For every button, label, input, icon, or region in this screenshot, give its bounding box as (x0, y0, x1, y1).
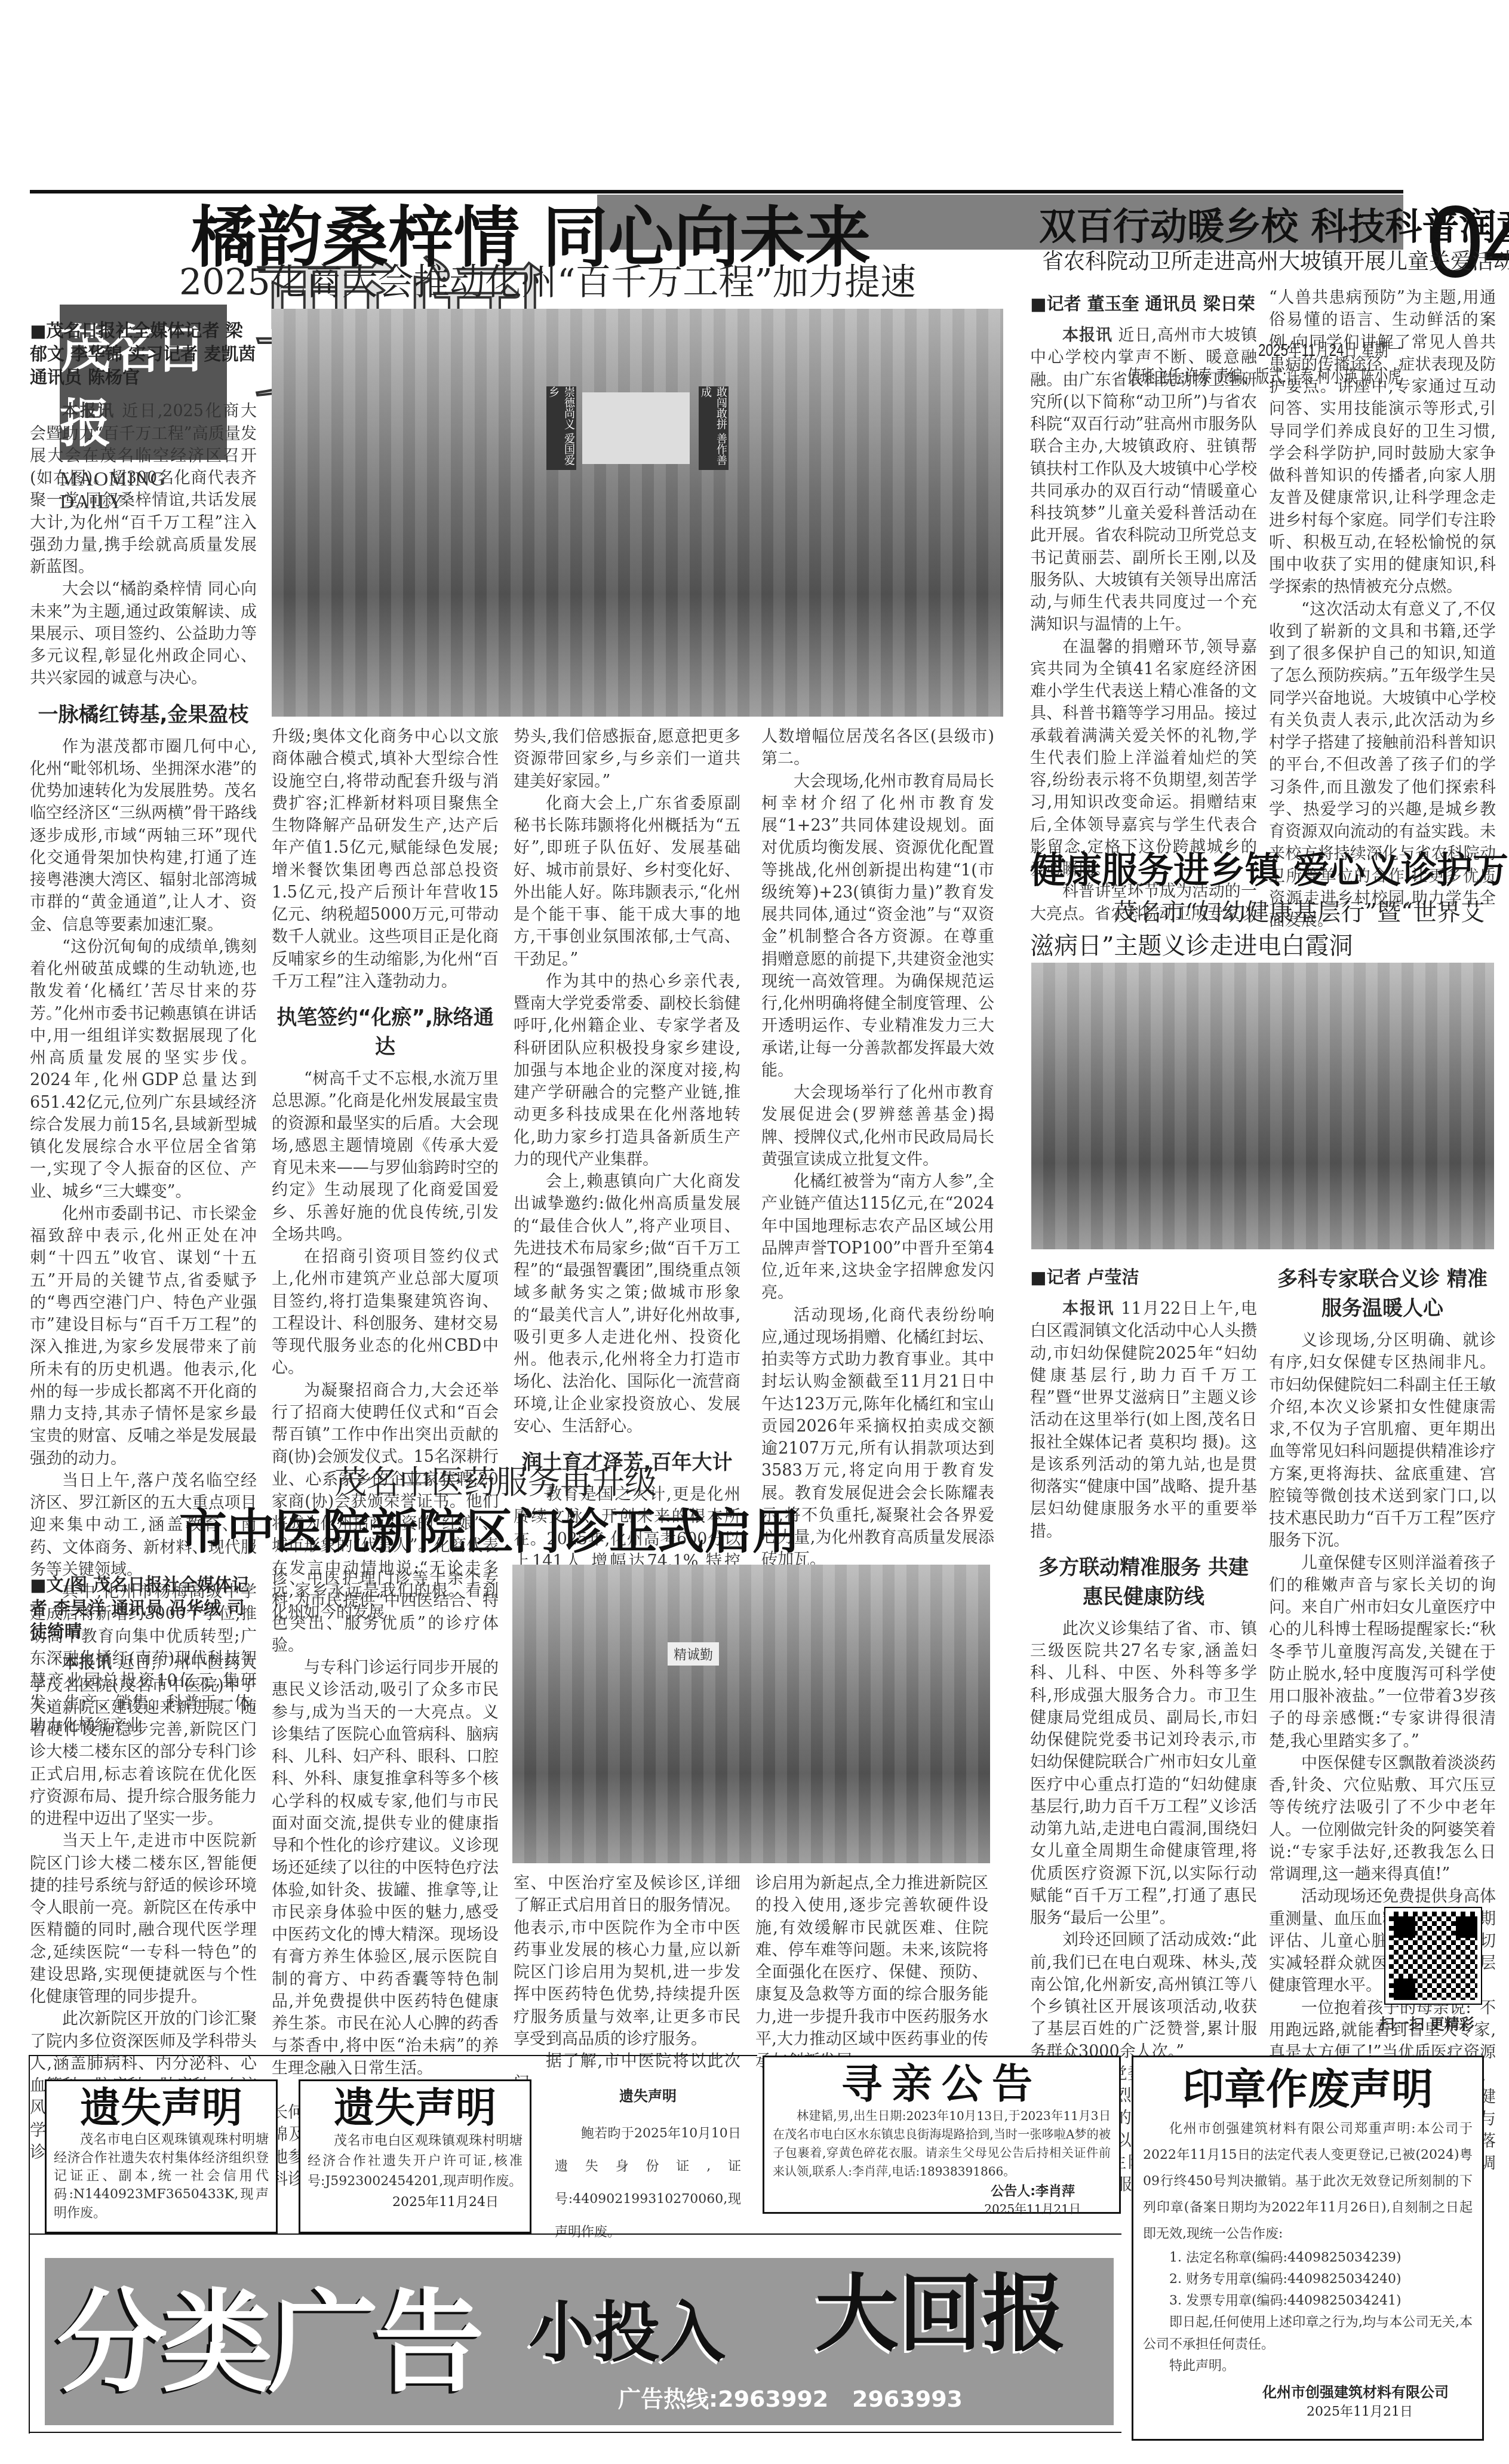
health-lead: 本报讯 11月22日上午,电白区霞洞镇文化活动中心人头攒动,市妇幼保健院2025… (1030, 1298, 1257, 1543)
banner-return-text: 大回报 (815, 2273, 1066, 2357)
paragraph: “人兽共患病预防”为主题,用通俗易懂的语言、生动鲜活的案例,向同学们讲解了常见人… (1269, 287, 1496, 598)
paragraph: 化州市委副书记、市长梁金福致辞中表示,化州正处在冲刺“十四五”收官、谋划“十五五… (30, 1203, 257, 1470)
paragraph: 大会以“橘韵桑梓情 同心向未来”为主题,通过政策解读、成果展示、项目签约、公益助… (30, 578, 257, 689)
qr-code[interactable] (1385, 1908, 1481, 2004)
paragraph: 此次义诊集结了省、市、镇三级医院共27名专家,涵盖妇科、儿科、中医、外科等多学科… (1030, 1618, 1257, 1930)
science-headline: 双百行动暖乡校 科技科普润童心 (1039, 197, 1509, 250)
main-byline: ■茂名日报社全媒体记者 梁郁文 李华锦 实习记者 麦凯茵 通讯员 陈杨官 (30, 319, 257, 389)
science-subheadline: 省农科院动卫所走进高州大坡镇开展儿童关爱活动 (1042, 245, 1509, 275)
paragraph: 化商大会上,广东省委原副秘书长陈玮颢将化州概括为“五好”,即班子队伍好、发展基础… (514, 792, 740, 970)
paragraph: 儿童保健专区则洋溢着孩子们的稚嫩声音与家长关切的询问。来自广州市妇女儿童医疗中心… (1269, 1552, 1496, 1752)
lost-notice-3: 遗失声明 鲍若昀于2025年10月10日遗失身份证,证号:44090219931… (552, 2084, 743, 2248)
qr-caption: 扫一扫 更精彩 (1379, 2013, 1474, 2034)
paragraph: 与专科门诊运行同步开展的惠民义诊活动,吸引了众多市民参与,成为当天的一大亮点。义… (272, 1657, 499, 2079)
health-subheadline: 茂名市“妇幼健康基层行”暨“世界艾滋病日”主题义诊走进电白霞洞 (1030, 896, 1496, 963)
paragraph: “树高千丈不忘根,水流万里总思源。”化商是化州发展最宝贵的资源和最坚实的后盾。大… (272, 1068, 499, 1246)
paragraph: 诊启用为新起点,全力推进新院区的投入使用,逐步完善软硬件设施,有效缓解市民就医难… (755, 1872, 988, 2072)
health-headline: 健康服务进乡镇 爱心义诊护万家 (1030, 842, 1509, 893)
family-search-notice: 寻亲公告 林建韬,男,出生日期:2023年10月13日,于2023年11月3日在… (763, 2056, 1121, 2214)
paragraph: “这份沉甸甸的成绩单,镌刻着化州破茧成蝶的生动轨迹,也散发着‘化橘红’苦尽甘来的… (30, 936, 257, 1203)
science-col1: ■记者 董玉奎 通讯员 梁日荣 本报讯 近日,高州市大坡镇中心学校内掌声不断、暖… (1030, 293, 1257, 925)
hospital-sign: 精诚勤 (668, 1642, 719, 1666)
paragraph: 中医保健专区飘散着淡淡药香,针灸、穴位贴敷、耳穴压豆等传统疗法吸引了不少中老年人… (1269, 1752, 1496, 1886)
tcm-lead: 本报讯 近日,广州中医药大学茂名医院(茂名市中医院)甲子大道新院区建设迎来新进展… (30, 1652, 257, 1830)
subhead: 执笔签约“化瘀”,脉络通达 (272, 1001, 499, 1059)
paragraph: 作为其中的热心乡亲代表,暨南大学党委常委、副校长翁健呼吁,化州籍企业、专家学者及… (514, 970, 740, 1170)
banner-frame-bottom (29, 2432, 1121, 2433)
main-lead: 本报讯 近日,2025化商大会暨助力“百千万工程”高质量发展大会在茂名临空经济区… (30, 400, 257, 578)
paragraph: 化橘红被誉为“南方人参”,全产业链产值达115亿元,在“2024年中国地理标志农… (761, 1170, 994, 1304)
subhead: 多科专家联合义诊 精准服务温暖人心 (1269, 1262, 1496, 1321)
banner-small-text: 小投入 (528, 2300, 726, 2365)
hospital-photo: 精诚勤 (512, 1565, 990, 1863)
ad-hotline: 广告热线:2963992 2963993 (618, 2380, 963, 2413)
main-subheadline: 2025化商大会推动化州“百千万工程”加力提速 (179, 254, 916, 305)
seal-list: 1. 法定名称章(编码:4409825034239) 2. 财务专用章(编码:4… (1143, 2247, 1473, 2312)
health-byline: ■记者 卢莹洁 (1030, 1266, 1257, 1289)
seal-void-notice: 印章作废声明 化州市创强建筑材料有限公司郑重声明:本公司于2022年11月15日… (1132, 2056, 1484, 2441)
paragraph: 会上,赖惠镇向广大化商发出诚挚邀约:做化州高质量发展的“最佳合伙人”,将产业项目… (514, 1170, 740, 1437)
science-byline: ■记者 董玉奎 通讯员 梁日荣 (1030, 293, 1257, 316)
lost-notice-1: 遗失声明 茂名市电白区观珠镇观珠村明塘经济合作社遗失农村集体经济组织登记证正、副… (45, 2079, 278, 2233)
tcm-headline: 市中医院新院区门诊正式启用 (179, 1493, 800, 1562)
paragraph: 刘玲还回顾了活动成效:“此前,我们已在电白观珠、林头,茂南公馆,化州新安,高州镇… (1030, 1929, 1257, 2063)
paragraph: 升级;奥体文化商务中心以文旅商体融合模式,填补大型综合性设施空白,将带动配套升级… (272, 726, 499, 993)
paragraph: 大会现场举行了化州市教育发展促进会(罗辨慈善基金)揭牌、授牌仪式,化州市民政局局… (761, 1082, 994, 1170)
lost-notice-2: 遗失声明 茂名市电白区观珠镇观珠村明塘经济合作社遗失开户许可证,核准号:J592… (299, 2079, 531, 2233)
paragraph: 诊、中医护理门诊等十余个专科,为市民提供“中西医结合、特色突出、服务优质”的诊疗… (272, 1568, 499, 1657)
paragraph: 大会现场,化州市教育局局长柯幸材介绍了化州市教育发展“1+23”共同体建设规划。… (761, 770, 994, 1082)
banner-frame-left (29, 2233, 30, 2434)
main-col4: 人数增幅位居茂名各区(县级市)第二。 大会现场,化州市教育局局长柯幸材介绍了化州… (761, 726, 994, 1571)
banner-left: 崇德尚义 爱国爱乡 (546, 386, 576, 470)
banner-right: 敢闯敢拼 善作善成 (699, 386, 729, 470)
paragraph: 当天上午,走进市中医院新院区门诊大楼二楼东区,智能便捷的挂号系统与舒适的候诊环境… (30, 1830, 257, 2008)
paragraph: 势头,我们倍感振奋,愿意把更多资源带回家乡,与乡亲们一道共建美好家园。” (514, 726, 740, 792)
science-col2: “人兽共患病预防”为主题,用通俗易懂的语言、生动鲜活的案例,向同学们讲解了常见人… (1269, 287, 1496, 932)
subhead: 多方联动精准服务 共建惠民健康防线 (1030, 1551, 1257, 1609)
conference-photo: 崇德尚义 爱国爱乡 敢闯敢拼 善作善成 (272, 309, 1003, 717)
classifieds-divider (29, 2233, 1121, 2235)
paragraph: 室、中医治疗室及候诊区,详细了解正式启用首日的服务情况。他表示,市中医院作为全市… (514, 1872, 740, 2050)
paragraph: 义诊现场,分区明确、就诊有序,妇女保健专区热闹非凡。市妇幼保健院妇二科副主任王敏… (1269, 1329, 1496, 1552)
paragraph: 作为湛茂都市圈几何中心,化州“毗邻机场、坐拥深水港”的优势加速转化为发展胜势。茂… (30, 736, 257, 936)
paragraph: 人数增幅位居茂名各区(县级市)第二。 (761, 726, 994, 770)
science-lead: 本报讯 近日,高州市大坡镇中心学校内掌声不断、暖意融融。由广东省农科院动物卫生研… (1030, 324, 1257, 636)
clinic-photo (1031, 963, 1494, 1249)
banner-main-text: 分类广告 (57, 2288, 480, 2398)
stage-screen (582, 392, 690, 464)
classified-ads-banner: 分类广告 小投入 大回报 广告热线:2963992 2963993 (45, 2258, 1114, 2425)
tcm-col4: 诊启用为新起点,全力推进新院区的投入使用,逐步完善软硬件设施,有效缓解市民就医难… (755, 1872, 988, 2072)
subhead: 一脉橘红铸基,金果盈枝 (30, 698, 257, 727)
tcm-byline: ■文/图 茂名日报社全媒体记者 李昊洋 通讯员 冯华绒 司徒绮晴 (30, 1574, 257, 1643)
paragraph: 在招商引资项目签约仪式上,化州市建筑产业总部大厦项目签约,将打造集聚建筑咨询、工… (272, 1246, 499, 1380)
